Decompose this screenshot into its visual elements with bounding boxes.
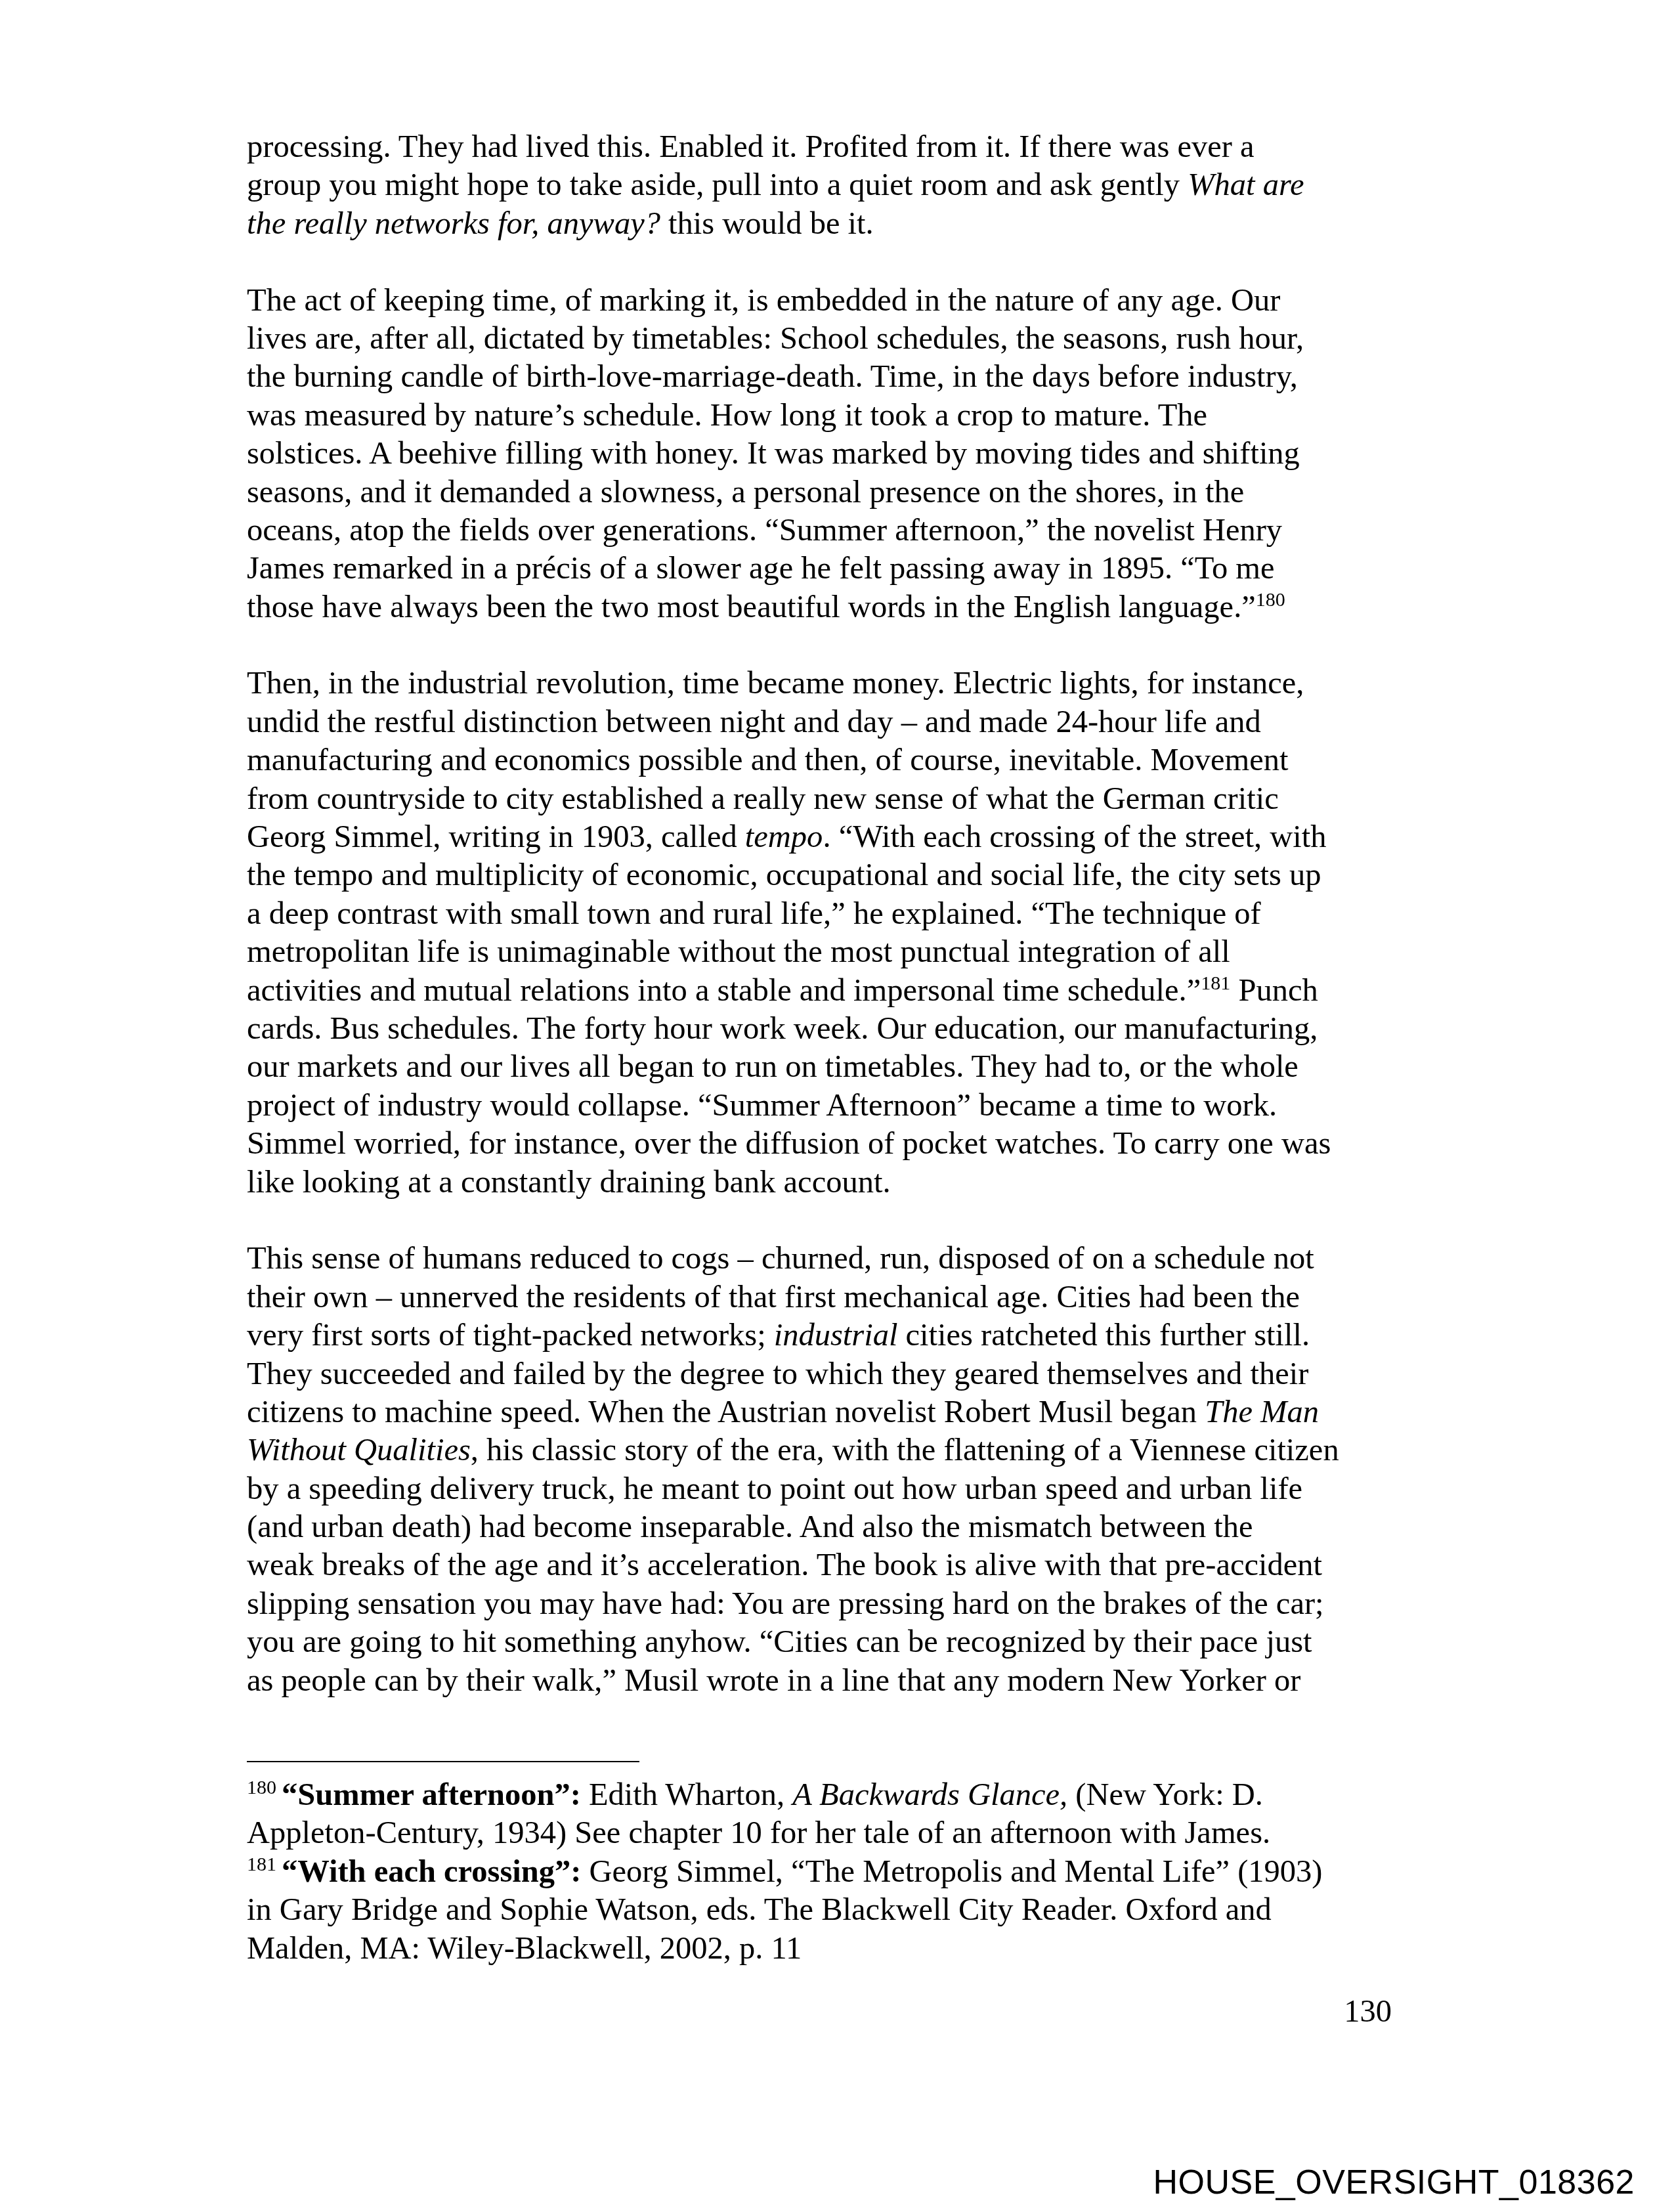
text-run: from countryside to city established a r… (247, 781, 1279, 816)
text-line: solstices. A beehive filling with honey.… (247, 435, 1428, 473)
footnote-line: Appleton-Century, 1934) See chapter 10 f… (247, 1814, 1428, 1852)
text-run: as people can by their walk,” Musil wrot… (247, 1663, 1300, 1698)
text-run: cards. Bus schedules. The forty hour wor… (247, 1011, 1318, 1046)
text-run: project of industry would collapse. “Sum… (247, 1088, 1277, 1123)
text-run: very first sorts of tight-packed network… (247, 1318, 774, 1353)
italic-text: the really networks for, anyway? (247, 206, 660, 241)
paragraph: processing. They had lived this. Enabled… (247, 128, 1428, 243)
text-run: Georg Simmel, writing in 1903, called (247, 819, 745, 854)
text-run: The act of keeping time, of marking it, … (247, 283, 1280, 318)
text-run: activities and mutual relations into a s… (247, 973, 1201, 1008)
text-run: James remarked in a précis of a slower a… (247, 551, 1275, 586)
text-run: those have always been the two most beau… (247, 590, 1256, 624)
text-line: our markets and our lives all began to r… (247, 1048, 1428, 1086)
text-line: by a speeding delivery truck, he meant t… (247, 1470, 1428, 1508)
text-line: They succeeded and failed by the degree … (247, 1355, 1428, 1393)
text-line: you are going to hit something anyhow. “… (247, 1623, 1428, 1661)
text-line: the burning candle of birth-love-marriag… (247, 358, 1428, 396)
paragraph-gap (247, 243, 1428, 281)
italic-text: industrial (774, 1318, 898, 1353)
footnote-key-phrase: “Summer afternoon”: (282, 1777, 581, 1812)
text-run: our markets and our lives all began to r… (247, 1049, 1298, 1084)
footnotes: 180“Summer afternoon”: Edith Wharton, A … (247, 1776, 1428, 1968)
footnote-line: in Gary Bridge and Sophie Watson, eds. T… (247, 1891, 1428, 1929)
text-run: , his classic story of the era, with the… (471, 1433, 1339, 1467)
italic-text: The Man (1205, 1395, 1319, 1429)
footnote: 181“With each crossing”: Georg Simmel, “… (247, 1853, 1428, 1968)
text-line: was measured by nature’s schedule. How l… (247, 397, 1428, 435)
text-line: Then, in the industrial revolution, time… (247, 664, 1428, 703)
text-line: slipping sensation you may have had: You… (247, 1585, 1428, 1623)
paragraph: This sense of humans reduced to cogs – c… (247, 1240, 1428, 1700)
text-run: They succeeded and failed by the degree … (247, 1356, 1308, 1391)
text-run: oceans, atop the fields over generations… (247, 513, 1282, 548)
text-line: project of industry would collapse. “Sum… (247, 1087, 1428, 1125)
footnote-line: 180“Summer afternoon”: Edith Wharton, A … (247, 1776, 1428, 1814)
footnote-line: 181“With each crossing”: Georg Simmel, “… (247, 1853, 1428, 1891)
text-run: Malden, MA: Wiley-Blackwell, 2002, p. 11 (247, 1931, 802, 1966)
bates-stamp: HOUSE_OVERSIGHT_018362 (1153, 2163, 1635, 2202)
footnote-number: 180 (247, 1776, 276, 1798)
text-line: James remarked in a précis of a slower a… (247, 550, 1428, 588)
text-run: solstices. A beehive filling with honey.… (247, 436, 1300, 471)
text-line: The act of keeping time, of marking it, … (247, 282, 1428, 320)
paragraph: Then, in the industrial revolution, time… (247, 664, 1428, 1201)
text-run: weak breaks of the age and it’s accelera… (247, 1548, 1322, 1582)
text-line: the really networks for, anyway? this wo… (247, 205, 1428, 243)
paragraph-gap (247, 626, 1428, 664)
text-line: Without Qualities, his classic story of … (247, 1431, 1428, 1469)
text-line: This sense of humans reduced to cogs – c… (247, 1240, 1428, 1278)
text-run: their own – unnerved the residents of th… (247, 1280, 1300, 1314)
text-run: Simmel worried, for instance, over the d… (247, 1126, 1331, 1161)
paragraph-gap (247, 1202, 1428, 1240)
text-run: this would be it. (660, 206, 874, 241)
footnote-ref: 181 (1201, 972, 1230, 994)
text-run: Punch (1230, 973, 1318, 1008)
text-line: as people can by their walk,” Musil wrot… (247, 1662, 1428, 1700)
text-line: a deep contrast with small town and rura… (247, 895, 1428, 933)
text-line: metropolitan life is unimaginable withou… (247, 933, 1428, 971)
text-run: This sense of humans reduced to cogs – c… (247, 1241, 1314, 1276)
text-line: seasons, and it demanded a slowness, a p… (247, 473, 1428, 511)
text-run: citizens to machine speed. When the Aust… (247, 1395, 1205, 1429)
text-line: lives are, after all, dictated by timeta… (247, 320, 1428, 358)
text-run: the burning candle of birth-love-marriag… (247, 359, 1298, 394)
text-line: (and urban death) had become inseparable… (247, 1508, 1428, 1546)
text-line: cards. Bus schedules. The forty hour wor… (247, 1010, 1428, 1048)
text-run: Appleton-Century, 1934) See chapter 10 f… (247, 1815, 1270, 1850)
text-line: very first sorts of tight-packed network… (247, 1316, 1428, 1355)
footnote-number: 181 (247, 1853, 276, 1875)
text-run: undid the restful distinction between ni… (247, 705, 1261, 739)
text-run: by a speeding delivery truck, he meant t… (247, 1471, 1302, 1506)
italic-text: Without Qualities (247, 1433, 471, 1467)
italic-text: A Backwards Glance, (792, 1777, 1067, 1812)
text-line: processing. They had lived this. Enabled… (247, 128, 1428, 166)
text-run: group you might hope to take aside, pull… (247, 167, 1188, 202)
text-line: group you might hope to take aside, pull… (247, 166, 1428, 204)
text-run: metropolitan life is unimaginable withou… (247, 934, 1230, 969)
text-line: Simmel worried, for instance, over the d… (247, 1125, 1428, 1163)
text-line: those have always been the two most beau… (247, 588, 1428, 626)
text-line: oceans, atop the fields over generations… (247, 511, 1428, 550)
text-run: the tempo and multiplicity of economic, … (247, 857, 1321, 892)
text-run: (New York: D. (1067, 1777, 1263, 1812)
italic-text: tempo (745, 819, 823, 854)
text-line: from countryside to city established a r… (247, 780, 1428, 818)
footnote-ref: 180 (1256, 588, 1285, 611)
footnote-line: Malden, MA: Wiley-Blackwell, 2002, p. 11 (247, 1930, 1428, 1968)
footnote: 180“Summer afternoon”: Edith Wharton, A … (247, 1776, 1428, 1853)
text-run: Edith Wharton, (581, 1777, 792, 1812)
italic-text: What are (1188, 167, 1304, 202)
footnote-separator (247, 1761, 639, 1762)
body-text: processing. They had lived this. Enabled… (247, 128, 1428, 1700)
text-line: their own – unnerved the residents of th… (247, 1278, 1428, 1316)
text-run: cities ratcheted this further still. (897, 1318, 1310, 1353)
text-run: (and urban death) had become inseparable… (247, 1509, 1253, 1544)
text-line: Georg Simmel, writing in 1903, called te… (247, 818, 1428, 856)
text-run: . “With each crossing of the street, wit… (823, 819, 1326, 854)
document-page: processing. They had lived this. Enabled… (0, 0, 1674, 2212)
text-run: lives are, after all, dictated by timeta… (247, 321, 1304, 356)
text-run: Then, in the industrial revolution, time… (247, 666, 1304, 701)
page-number: 130 (1339, 1993, 1392, 2031)
text-line: the tempo and multiplicity of economic, … (247, 856, 1428, 894)
text-line: weak breaks of the age and it’s accelera… (247, 1546, 1428, 1584)
text-line: like looking at a constantly draining ba… (247, 1163, 1428, 1202)
text-run: a deep contrast with small town and rura… (247, 896, 1261, 931)
text-run: you are going to hit something anyhow. “… (247, 1624, 1312, 1659)
footnote-key-phrase: “With each crossing”: (282, 1854, 581, 1889)
text-run: Georg Simmel, “The Metropolis and Mental… (581, 1854, 1322, 1889)
text-line: manufacturing and economics possible and… (247, 741, 1428, 779)
paragraph: The act of keeping time, of marking it, … (247, 282, 1428, 627)
text-run: like looking at a constantly draining ba… (247, 1165, 891, 1200)
text-line: undid the restful distinction between ni… (247, 703, 1428, 741)
text-run: was measured by nature’s schedule. How l… (247, 398, 1207, 433)
text-run: manufacturing and economics possible and… (247, 743, 1289, 777)
text-run: processing. They had lived this. Enabled… (247, 129, 1255, 164)
text-run: seasons, and it demanded a slowness, a p… (247, 475, 1244, 510)
text-line: activities and mutual relations into a s… (247, 972, 1428, 1010)
text-run: slipping sensation you may have had: You… (247, 1586, 1324, 1621)
text-line: citizens to machine speed. When the Aust… (247, 1393, 1428, 1431)
text-run: in Gary Bridge and Sophie Watson, eds. T… (247, 1892, 1272, 1927)
